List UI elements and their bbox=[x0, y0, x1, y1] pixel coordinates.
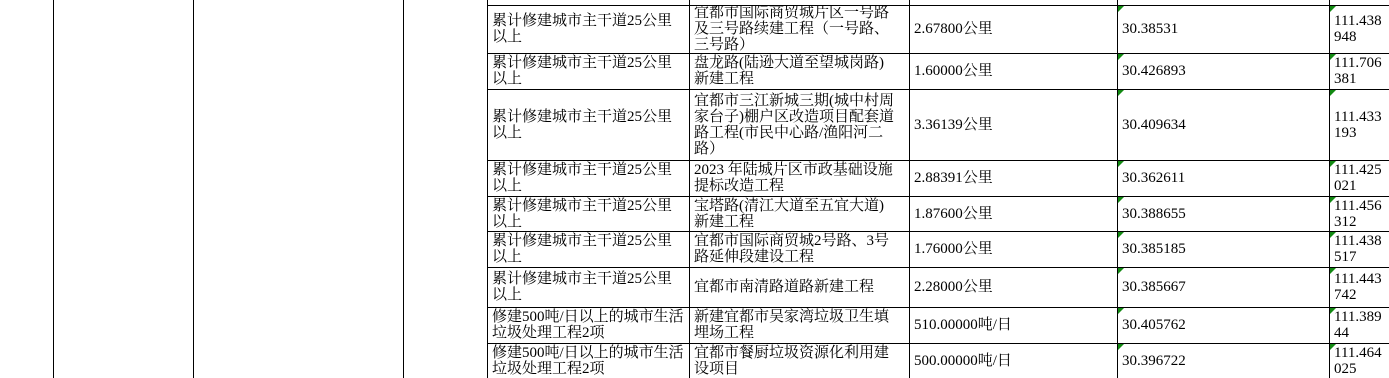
grid-line-vertical bbox=[193, 0, 194, 378]
cell-project[interactable]: 宜都市南清路道路新建工程 bbox=[690, 268, 896, 306]
cell-longitude[interactable]: 111.706381 bbox=[1330, 54, 1389, 88]
cell-indicator[interactable]: 累计修建城市主干道25公里以上 bbox=[488, 161, 688, 195]
cell-indicator[interactable]: 修建500吨/日以上的城市生活垃圾处理工程2项 bbox=[488, 308, 688, 342]
cell-project[interactable]: 2023 年陆城片区市政基础设施提标改造工程 bbox=[690, 161, 896, 195]
cell-longitude[interactable]: 111.38944 bbox=[1330, 308, 1389, 342]
cell-longitude[interactable]: 111.456312 bbox=[1330, 197, 1389, 230]
cell-longitude[interactable]: 111.464025 bbox=[1330, 344, 1389, 378]
cell-quantity[interactable]: 500.00000吨/日 bbox=[910, 344, 1116, 378]
cell-indicator[interactable]: 累计修建城市主干道25公里以上 bbox=[488, 232, 688, 266]
cell-project[interactable]: 新建宜都市吴家湾垃圾卫生填埋场工程 bbox=[690, 308, 896, 342]
cell-indicator[interactable]: 累计修建城市主干道25公里以上 bbox=[488, 197, 688, 230]
cell-project[interactable]: 盘龙路(陆逊大道至望城岗路)新建工程 bbox=[690, 54, 896, 88]
cell-quantity[interactable]: 1.87600公里 bbox=[910, 197, 1116, 230]
cell-latitude[interactable]: 30.388655 bbox=[1118, 197, 1328, 230]
cell-latitude[interactable]: 30.396722 bbox=[1118, 344, 1328, 378]
cell-longitude[interactable]: 111.438517 bbox=[1330, 232, 1389, 266]
cell-quantity[interactable]: 2.67800公里 bbox=[910, 6, 1116, 52]
cell-project[interactable]: 宜都市国际商贸城2号路、3号路延伸段建设工程 bbox=[690, 232, 896, 266]
cell-indicator[interactable]: 累计修建城市主干道25公里以上 bbox=[488, 90, 688, 159]
cell-indicator[interactable]: 累计修建城市主干道25公里以上 bbox=[488, 54, 688, 88]
cell-indicator[interactable]: 累计修建城市主干道25公里以上 bbox=[488, 268, 688, 306]
cell-quantity[interactable]: 1.76000公里 bbox=[910, 232, 1116, 266]
cell-longitude[interactable]: 111.438948 bbox=[1330, 6, 1389, 52]
cell-quantity[interactable]: 3.36139公里 bbox=[910, 90, 1116, 159]
grid-line-vertical bbox=[403, 0, 404, 378]
cell-longitude[interactable]: 111.425021 bbox=[1330, 161, 1389, 195]
cell-indicator[interactable]: 累计修建城市主干道25公里以上 bbox=[488, 6, 688, 52]
cell-quantity[interactable]: 1.60000公里 bbox=[910, 54, 1116, 88]
cell-quantity[interactable]: 2.88391公里 bbox=[910, 161, 1116, 195]
cell-quantity[interactable]: 510.00000吨/日 bbox=[910, 308, 1116, 342]
cell-project[interactable]: 宜都市国际商贸城片区一号路及三号路续建工程（一号路、三号路） bbox=[690, 6, 896, 52]
cell-latitude[interactable]: 30.38531 bbox=[1118, 6, 1328, 52]
cell-quantity[interactable]: 2.28000公里 bbox=[910, 268, 1116, 306]
cell-longitude[interactable]: 111.433193 bbox=[1330, 90, 1389, 159]
cell-latitude[interactable]: 30.409634 bbox=[1118, 90, 1328, 159]
cell-indicator[interactable]: 修建500吨/日以上的城市生活垃圾处理工程2项 bbox=[488, 344, 688, 378]
cell-longitude[interactable]: 111.443742 bbox=[1330, 268, 1389, 306]
cell-latitude[interactable]: 30.385667 bbox=[1118, 268, 1328, 306]
cell-latitude[interactable]: 30.405762 bbox=[1118, 308, 1328, 342]
cell-latitude[interactable]: 30.385185 bbox=[1118, 232, 1328, 266]
cell-project[interactable]: 宜都市餐厨垃圾资源化利用建设项目 bbox=[690, 344, 896, 378]
cell-latitude[interactable]: 30.362611 bbox=[1118, 161, 1328, 195]
grid-line-vertical bbox=[53, 0, 54, 378]
cell-latitude[interactable]: 30.426893 bbox=[1118, 54, 1328, 88]
cell-project[interactable]: 宜都市三江新城三期(城中村周家台子)棚户区改造项目配套道路工程(市民中心路/渔阳… bbox=[690, 90, 896, 159]
cell-project[interactable]: 宝塔路(清江大道至五宜大道)新建工程 bbox=[690, 197, 896, 230]
